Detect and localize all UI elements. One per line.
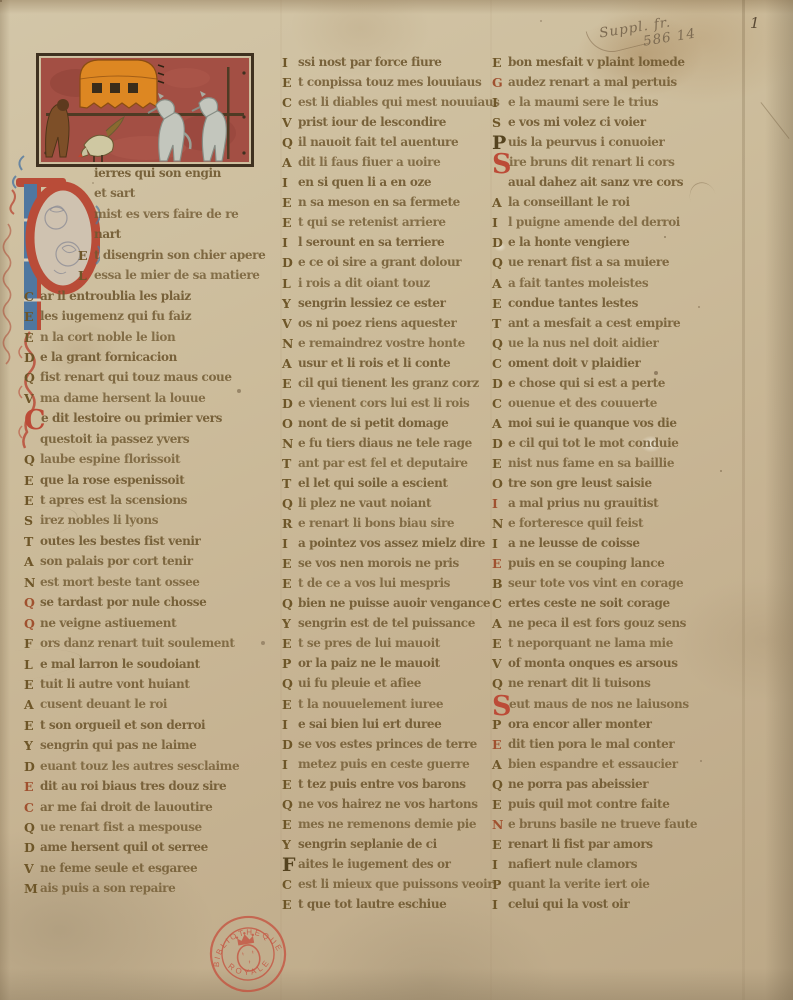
manuscript-line: Aa fait tantes moleistes: [492, 276, 740, 296]
verse-text: sengrin est de tel puissance: [298, 616, 475, 631]
verse-text: e renart li bons biau sire: [298, 516, 454, 531]
manuscript-line: Gaudez renart a mal pertuis: [492, 75, 740, 95]
verse-text: tre son gre leust saisie: [508, 476, 652, 491]
manuscript-line: Ne forteresce quil feist: [492, 516, 740, 536]
verse-text: metez puis en ceste guerre: [298, 757, 469, 772]
verse-initial: V: [282, 316, 298, 331]
verse-text: seur tote vos vint en corage: [508, 576, 683, 591]
verse-text: a mal prius nu grauitist: [508, 496, 658, 511]
verse-text: t la nouuelement iuree: [298, 697, 443, 712]
verse-text: el let qui soile a escient: [298, 476, 448, 491]
verse-text: eut maus de nos ne laiusons: [509, 697, 689, 712]
verse-initial: E: [282, 576, 298, 591]
manuscript-line: Et son orgueil et son derroi: [24, 718, 264, 738]
verse-text: ouenue et des couuerte: [508, 396, 657, 411]
verse-initial: E: [282, 697, 298, 712]
verse-text: les iugemenz qui fu faiz: [40, 309, 191, 324]
manuscript-line: aual dahez ait sanz vre cors: [492, 175, 740, 195]
verse-initial: A: [492, 416, 508, 431]
verse-text: nist nus fame en sa baillie: [508, 456, 674, 471]
manuscript-line: Qil nauoit fait tel auenture: [282, 135, 508, 155]
verse-text: quant la verite iert oie: [508, 877, 650, 892]
manuscript-line: Edit tien pora le mal conter: [492, 737, 740, 757]
verse-initial: Q: [24, 370, 40, 385]
verse-initial: L: [282, 276, 298, 291]
verse-initial: T: [282, 456, 298, 471]
manuscript-line: Puis la peurvus i conuoier: [492, 135, 740, 155]
verse-initial: T: [282, 476, 298, 491]
verse-text: mist es vers faire de re: [94, 207, 238, 222]
verse-text: puis quil mot contre faite: [508, 797, 669, 812]
manuscript-line: Nest mort beste tant ossee: [24, 575, 264, 595]
verse-initial: S: [24, 513, 40, 528]
verse-text: l puigne amende del derroi: [508, 215, 680, 230]
verse-text: e forteresce quil feist: [508, 516, 643, 531]
verse-initial: D: [492, 235, 508, 250]
manuscript-line: De cil qui tot le mot conduie: [492, 436, 740, 456]
verse-initial: E: [282, 777, 298, 792]
manuscript-line: Et se pres de lui mauoit: [282, 636, 508, 656]
verse-initial: C: [282, 95, 298, 110]
manuscript-line: Ne remaindrez vostre honte: [282, 336, 508, 356]
manuscript-line: Edit au roi biaus tres douz sire: [24, 779, 264, 799]
verse-initial: I: [282, 717, 298, 732]
verse-text: ue renart fist a sa muiere: [508, 255, 669, 270]
verse-initial: B: [492, 576, 508, 591]
verse-initial: E: [282, 556, 298, 571]
verse-initial: D: [492, 436, 508, 451]
verse-initial: I: [492, 496, 508, 511]
verse-text: est li diables qui mest nouuiaus: [298, 95, 500, 110]
verse-text: e vos mi volez ci voier: [508, 115, 646, 130]
verse-text: outes les bestes fist venir: [40, 534, 200, 549]
manuscript-line: Qne veigne astiuement: [24, 616, 264, 636]
verse-initial: A: [24, 697, 40, 712]
verse-initial: E: [24, 493, 40, 508]
verse-text: ant par est fel et deputaire: [298, 456, 468, 471]
decorated-initial: S: [492, 155, 509, 175]
manuscript-line: Car il entroublia les plaiz: [24, 289, 264, 309]
manuscript-line: Vos ni poez riens aquester: [282, 316, 508, 336]
verse-initial: Q: [492, 255, 508, 270]
manuscript-line: Re renart li bons biau sire: [282, 516, 508, 536]
text-column-2: Issi nost par force fiureEt conpissa tou…: [282, 55, 508, 917]
manuscript-line: De vienent cors lui est li rois: [282, 396, 508, 416]
manuscript-line: Et la nouuelement iuree: [282, 697, 508, 717]
manuscript-line: mist es vers faire de re: [24, 207, 264, 227]
manuscript-line: Tant par est fel et deputaire: [282, 456, 508, 476]
verse-initial: E: [282, 215, 298, 230]
manuscript-line: Erenart li fist par amors: [492, 837, 740, 857]
verse-initial: E: [492, 837, 508, 852]
verse-text: uis la peurvus i conuoier: [508, 135, 664, 150]
verse-text: a pointez vos assez mielz dire: [298, 536, 485, 551]
verse-text: t son orgueil et son derroi: [40, 718, 205, 733]
verse-text: laube espine florissoit: [40, 452, 180, 467]
manuscript-line: Que renart fist a mespouse: [24, 820, 264, 840]
manuscript-line: Faites le iugement des or: [282, 857, 508, 877]
verse-initial: E: [24, 779, 40, 794]
verse-initial: R: [282, 516, 298, 531]
verse-text: son palais por cort tenir: [40, 554, 193, 569]
verse-initial: V: [24, 861, 40, 876]
manuscript-line: Adit li faus fiuer a uoire: [282, 155, 508, 175]
verse-text: ne veigne astiuement: [40, 616, 176, 631]
verse-text: ire bruns dit renart li cors: [509, 155, 674, 170]
verse-text: e chose qui si est a perte: [508, 376, 665, 391]
manuscript-line: Il serount en sa terriere: [282, 235, 508, 255]
verse-text: il nauoit fait tel auenture: [298, 135, 458, 150]
verse-initial: E: [282, 75, 298, 90]
verse-text: t tez puis entre vos barons: [298, 777, 466, 792]
verse-initial: N: [492, 817, 508, 832]
verse-initial: A: [492, 276, 508, 291]
manuscript-line: Pquant la verite iert oie: [492, 877, 740, 897]
manuscript-line: De la honte vengiere: [492, 235, 740, 255]
shelfmark: Suppl. fr. 586 14: [598, 11, 697, 57]
verse-initial: Q: [24, 616, 40, 631]
verse-text: oment doit v plaidier: [508, 356, 640, 371]
verse-initial: E: [24, 330, 40, 345]
manuscript-line: nart: [24, 227, 264, 247]
manuscript-line: Ie la maumi sere le trius: [492, 95, 740, 115]
manuscript-line: Ysengrin lessiez ce ester: [282, 296, 508, 316]
verse-initial: E: [282, 897, 298, 912]
verse-initial: N: [492, 516, 508, 531]
verse-text: e la maumi sere le trius: [508, 95, 658, 110]
verse-initial: P: [282, 656, 298, 671]
verse-initial: S: [492, 115, 508, 130]
verse-initial: D: [282, 396, 298, 411]
verse-text: ne renart dit li tuisons: [508, 676, 650, 691]
verse-initial: C: [282, 877, 298, 892]
verse-initial: E: [492, 556, 508, 571]
manuscript-line: Ne bruns basile ne trueve faute: [492, 817, 740, 837]
page-edge-crease: [742, 0, 745, 1000]
verse-initial: V: [492, 656, 508, 671]
verse-text: t disengrin son chier apere: [94, 248, 265, 263]
verse-text: sengrin lessiez ce ester: [298, 296, 446, 311]
verse-text: prist iour de lescondire: [298, 115, 446, 130]
manuscript-line: Epuis en se couping lance: [492, 556, 740, 576]
verse-text: essa le mier de sa matiere: [94, 268, 260, 283]
verse-text: l serount en sa terriere: [298, 235, 444, 250]
verse-text: aites le iugement des or: [298, 857, 451, 872]
text-column-1: ierres qui son enginet sartmist es vers …: [24, 166, 264, 902]
verse-initial: E: [24, 473, 40, 488]
verse-initial: I: [492, 536, 508, 551]
manuscript-line: Ysengrin est de tel puissance: [282, 616, 508, 636]
verse-text: ar me fai droit de lauoutire: [40, 800, 212, 815]
folio-number: 1: [750, 14, 760, 32]
verse-initial: F: [24, 636, 40, 651]
verse-initial: D: [24, 840, 40, 855]
manuscript-line: Ysengrin qui pas ne laime: [24, 738, 264, 758]
verse-text: ne peca il est fors gouz sens: [508, 616, 686, 631]
verse-text: ue renart fist a mespouse: [40, 820, 202, 835]
verse-initial: E: [24, 309, 40, 324]
verse-initial: Y: [282, 296, 298, 311]
verse-initial: Q: [24, 820, 40, 835]
verse-initial: Q: [282, 797, 298, 812]
verse-text: bien espandre et essaucier: [508, 757, 678, 772]
verse-text: n sa meson en sa fermete: [298, 195, 460, 210]
verse-text: bien ne puisse auoir vengance: [298, 596, 490, 611]
verse-text: sengrin seplanie de ci: [298, 837, 437, 852]
bibliotheque-royale-stamp: BIBLIOTHEQUE ROYALE: [199, 901, 298, 1000]
verse-initial: E: [282, 817, 298, 832]
manuscript-line: Et de ce a vos lui mespris: [282, 576, 508, 596]
manuscript-line: Por la paiz ne le mauoit: [282, 656, 508, 676]
verse-initial: Q: [24, 452, 40, 467]
manuscript-line: Que la nus nel doit aidier: [492, 336, 740, 356]
verse-text: e la grant fornicacion: [40, 350, 177, 365]
verse-initial: Y: [282, 837, 298, 852]
manuscript-line: De la grant fornicacion: [24, 350, 264, 370]
manuscript-line: Bseur tote vos vint en corage: [492, 576, 740, 596]
manuscript-line: Qse tardast por nule chosse: [24, 595, 264, 615]
manuscript-line: Mais puis a son repaire: [24, 881, 264, 901]
verse-text: ue la nus nel doit aidier: [508, 336, 658, 351]
verse-initial: I: [492, 857, 508, 872]
verse-text: ame hersent quil ot serree: [40, 840, 208, 855]
verse-initial: I: [282, 757, 298, 772]
draped-bier: [80, 60, 164, 108]
verse-initial: V: [24, 391, 40, 406]
verse-initial: E: [282, 636, 298, 651]
verse-initial: I: [492, 95, 508, 110]
manuscript-line: Onont de si petit domage: [282, 416, 508, 436]
manuscript-line: Li rois a dit oiant touz: [282, 276, 508, 296]
verse-text: et sart: [94, 186, 135, 201]
verse-text: ors danz renart tuit soulement: [40, 636, 234, 651]
manuscript-line: et sart: [24, 186, 264, 206]
manuscript-line: Que renart fist a sa muiere: [492, 255, 740, 275]
verse-text: ierres qui son engin: [94, 166, 221, 181]
verse-text: celui qui la vost oir: [508, 897, 629, 912]
manuscript-line: Tel let qui soile a escient: [282, 476, 508, 496]
manuscript-line: Emes ne remenons demie pie: [282, 817, 508, 837]
verse-text: bon mesfait v plaint lomede: [508, 55, 685, 70]
verse-text: renart li fist par amors: [508, 837, 653, 852]
manuscript-line: Ne fu tiers diaus ne tele rage: [282, 436, 508, 456]
manuscript-line: Ia pointez vos assez mielz dire: [282, 536, 508, 556]
verse-initial: E: [282, 195, 298, 210]
verse-initial: I: [492, 215, 508, 230]
manuscript-line: Couenue et des couuerte: [492, 396, 740, 416]
manuscript-line: Et qui se retenist arriere: [282, 215, 508, 235]
verse-text: a ne leusse de coisse: [508, 536, 640, 551]
verse-text: puis en se couping lance: [508, 556, 664, 571]
manuscript-line: Amoi sui ie quanque vos die: [492, 416, 740, 436]
verse-text: se vos estes princes de terre: [298, 737, 477, 752]
verse-text: dit au roi biaus tres douz sire: [40, 779, 226, 794]
manuscript-line: Sirez nobles li lyons: [24, 513, 264, 533]
manuscript-line: Qfist renart qui touz maus coue: [24, 370, 264, 390]
verse-text: e cil qui tot le mot conduie: [508, 436, 678, 451]
manuscript-line: Vne feme seule et esgaree: [24, 861, 264, 881]
verse-initial: Q: [24, 595, 40, 610]
manuscript-line: En la cort noble le lion: [24, 330, 264, 350]
verse-text: or la paiz ne le mauoit: [298, 656, 440, 671]
verse-initial: F: [282, 857, 298, 874]
stamp-text-bottom: ROYALE: [225, 955, 274, 981]
verse-initial: C: [492, 396, 508, 411]
verse-text: questoit ia passez yvers: [40, 432, 189, 447]
manuscript-line: Ala conseillant le roi: [492, 195, 740, 215]
manuscript-line: Vof monta onques es arsous: [492, 656, 740, 676]
verse-initial: O: [492, 476, 508, 491]
manuscript-line: Sire bruns dit renart li cors: [492, 155, 740, 175]
decorated-initial: C: [24, 411, 41, 431]
manuscript-line: Vprist iour de lescondire: [282, 115, 508, 135]
verse-text: t neporquant ne lama mie: [508, 636, 673, 651]
verse-text: t conpissa touz mes louuiaus: [298, 75, 481, 90]
verse-text: e la honte vengiere: [508, 235, 629, 250]
verse-initial: Y: [282, 616, 298, 631]
verse-text: en si quen li a en oze: [298, 175, 431, 190]
manuscript-line: Ane peca il est fors gouz sens: [492, 616, 740, 636]
verse-initial: E: [492, 797, 508, 812]
verse-text: fist renart qui touz maus coue: [40, 370, 232, 385]
manuscript-line: Qlaube espine florissoit: [24, 452, 264, 472]
verse-text: se tardast por nule chosse: [40, 595, 206, 610]
manuscript-line: Dse vos estes princes de terre: [282, 737, 508, 757]
verse-initial: D: [492, 376, 508, 391]
manuscript-line: Inafiert nule clamors: [492, 857, 740, 877]
verse-text: se vos nen morois ne pris: [298, 556, 459, 571]
verse-initial: D: [24, 350, 40, 365]
verse-initial: E: [492, 737, 508, 752]
manuscript-line: Issi nost par force fiure: [282, 55, 508, 75]
manuscript-line: Et apres est la scensions: [24, 493, 264, 513]
verse-text: ssi nost par force fiure: [298, 55, 442, 70]
verse-initial: I: [492, 897, 508, 912]
verse-initial: C: [24, 289, 40, 304]
verse-text: e bruns basile ne trueve faute: [508, 817, 697, 832]
verse-text: e fu tiers diaus ne tele rage: [298, 436, 472, 451]
verse-text: ma dame hersent la louue: [40, 391, 205, 406]
verse-text: sengrin qui pas ne laime: [40, 738, 196, 753]
vertical-staff: [227, 67, 230, 159]
verse-text: ne vos hairez ne vos hartons: [298, 797, 478, 812]
manuscript-line: Icelui qui la vost oir: [492, 897, 740, 917]
verse-text: ne feme seule et esgaree: [40, 861, 197, 876]
manuscript-line: Et neporquant ne lama mie: [492, 636, 740, 656]
verse-text: aual dahez ait sanz vre cors: [508, 175, 683, 190]
verse-text: e ce oi sire a grant dolour: [298, 255, 461, 270]
verse-text: ui fu pleuie et afiee: [298, 676, 421, 691]
verse-initial: E: [492, 456, 508, 471]
verse-text: i rois a dit oiant touz: [298, 276, 430, 291]
manuscript-line: Qne renart dit li tuisons: [492, 676, 740, 696]
verse-initial: T: [24, 534, 40, 549]
manuscript-line: Eles iugemenz qui fu faiz: [24, 309, 264, 329]
verse-text: e vienent cors lui est li rois: [298, 396, 469, 411]
verse-initial: E: [282, 376, 298, 391]
verse-text: audez renart a mal pertuis: [508, 75, 677, 90]
manuscript-line: Ason palais por cort tenir: [24, 554, 264, 574]
verse-text: euant touz les autres sesclaime: [40, 759, 239, 774]
verse-initial: N: [24, 575, 40, 590]
verse-text: nont de si petit domage: [298, 416, 448, 431]
manuscript-line: Ien si quen li a en oze: [282, 175, 508, 195]
verse-text: ais puis a son repaire: [40, 881, 175, 896]
manuscript-line: Et conpissa touz mes louuiaus: [282, 75, 508, 95]
verse-initial: T: [492, 316, 508, 331]
verse-initial: Q: [282, 496, 298, 511]
verse-text: est mort beste tant ossee: [40, 575, 200, 590]
verse-text: que la rose espenissoit: [40, 473, 184, 488]
verse-initial: O: [282, 416, 298, 431]
verse-initial: Q: [492, 777, 508, 792]
manuscript-line: Et que tot lautre eschiue: [282, 897, 508, 917]
verse-text: os ni poez riens aquester: [298, 316, 456, 331]
manuscript-line: Cest li mieux que puissons veoir: [282, 877, 508, 897]
manuscript-line: Econdue tantes lestes: [492, 296, 740, 316]
verse-text: condue tantes lestes: [508, 296, 638, 311]
manuscript-line: Et disengrin son chier apere: [24, 248, 264, 268]
manuscript-line: Certes ceste ne soit corage: [492, 596, 740, 616]
manuscript-line: Etuit li autre vont huiant: [24, 677, 264, 697]
verse-text: mes ne remenons demie pie: [298, 817, 476, 832]
verse-initial: Q: [492, 676, 508, 691]
decorated-initial: S: [492, 697, 509, 717]
manuscript-line: Pora encor aller monter: [492, 717, 740, 737]
manuscript-line: Lessa le mier de sa matiere: [24, 268, 264, 288]
verse-initial: D: [282, 255, 298, 270]
verse-initial: P: [492, 877, 508, 892]
verse-text: cil qui tienent les granz corz: [298, 376, 479, 391]
manuscript-line: Et tez puis entre vos barons: [282, 777, 508, 797]
verse-text: e mal larron le soudoiant: [40, 657, 200, 672]
verse-text: t que tot lautre eschiue: [298, 897, 446, 912]
manuscript-line: De chose qui si est a perte: [492, 376, 740, 396]
verse-text: tuit li autre vont huiant: [40, 677, 190, 692]
verse-text: t qui se retenist arriere: [298, 215, 446, 230]
manuscript-line: Ysengrin seplanie de ci: [282, 837, 508, 857]
text-column-3: Ebon mesfait v plaint lomedeGaudez renar…: [492, 55, 740, 917]
verse-initial: C: [24, 800, 40, 815]
verse-initial: I: [282, 175, 298, 190]
verse-initial: D: [24, 759, 40, 774]
verse-initial: E: [24, 718, 40, 733]
manuscript-line: Eque la rose espenissoit: [24, 473, 264, 493]
manuscript-page: Suppl. fr. 586 14 1: [0, 0, 793, 1000]
verse-text: t se pres de lui mauoit: [298, 636, 440, 651]
manuscript-line: Seut maus de nos ne laiusons: [492, 697, 740, 717]
manuscript-line: Ese vos nen morois ne pris: [282, 556, 508, 576]
manuscript-line: Acusent deuant le roi: [24, 697, 264, 717]
verse-text: e remaindrez vostre honte: [298, 336, 465, 351]
manuscript-line: Deuant touz les autres sesclaime: [24, 759, 264, 779]
manuscript-line: Ecil qui tienent les granz corz: [282, 376, 508, 396]
verse-text: usur et li rois et li conte: [298, 356, 450, 371]
verse-initial: Q: [492, 336, 508, 351]
verse-text: ora encor aller monter: [508, 717, 652, 732]
manuscript-line: Imetez puis en ceste guerre: [282, 757, 508, 777]
verse-initial: D: [282, 737, 298, 752]
verse-initial: Q: [282, 596, 298, 611]
verse-initial: A: [282, 155, 298, 170]
verse-initial: A: [492, 757, 508, 772]
manuscript-line: Ie sai bien lui ert duree: [282, 717, 508, 737]
verse-initial: C: [492, 596, 508, 611]
manuscript-line: Qui fu pleuie et afiee: [282, 676, 508, 696]
verse-text: ant a mesfait a cest empire: [508, 316, 680, 331]
manuscript-line: Toutes les bestes fist venir: [24, 534, 264, 554]
manuscript-line: Se vos mi volez ci voier: [492, 115, 740, 135]
